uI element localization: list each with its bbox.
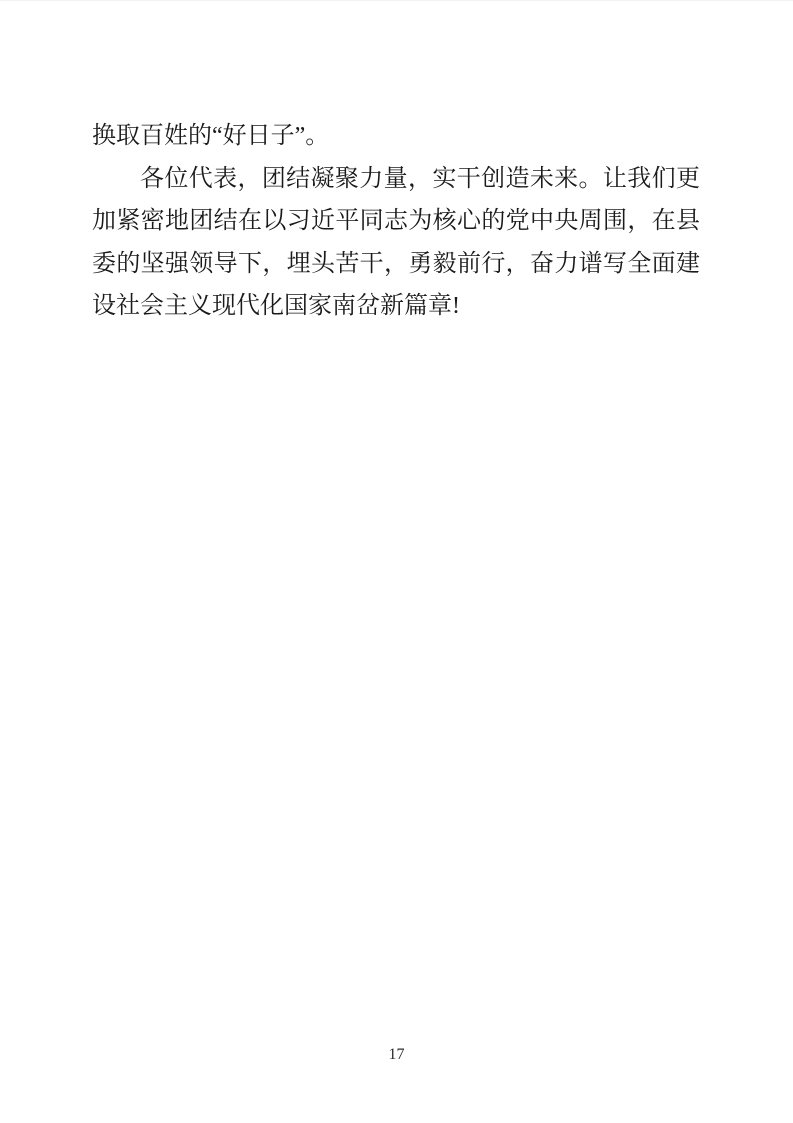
page-number: 17	[0, 1045, 793, 1065]
document-page: 换取百姓的“好日子”。 各位代表，团结凝聚力量，实干创造未来。让我们更加紧密地团…	[0, 0, 793, 1123]
paragraph-continuation: 换取百姓的“好日子”。	[92, 115, 700, 158]
document-body: 换取百姓的“好日子”。 各位代表，团结凝聚力量，实干创造未来。让我们更加紧密地团…	[92, 115, 700, 328]
paragraph-closing-remarks: 各位代表，团结凝聚力量，实干创造未来。让我们更加紧密地团结在以习近平同志为核心的…	[92, 158, 700, 328]
